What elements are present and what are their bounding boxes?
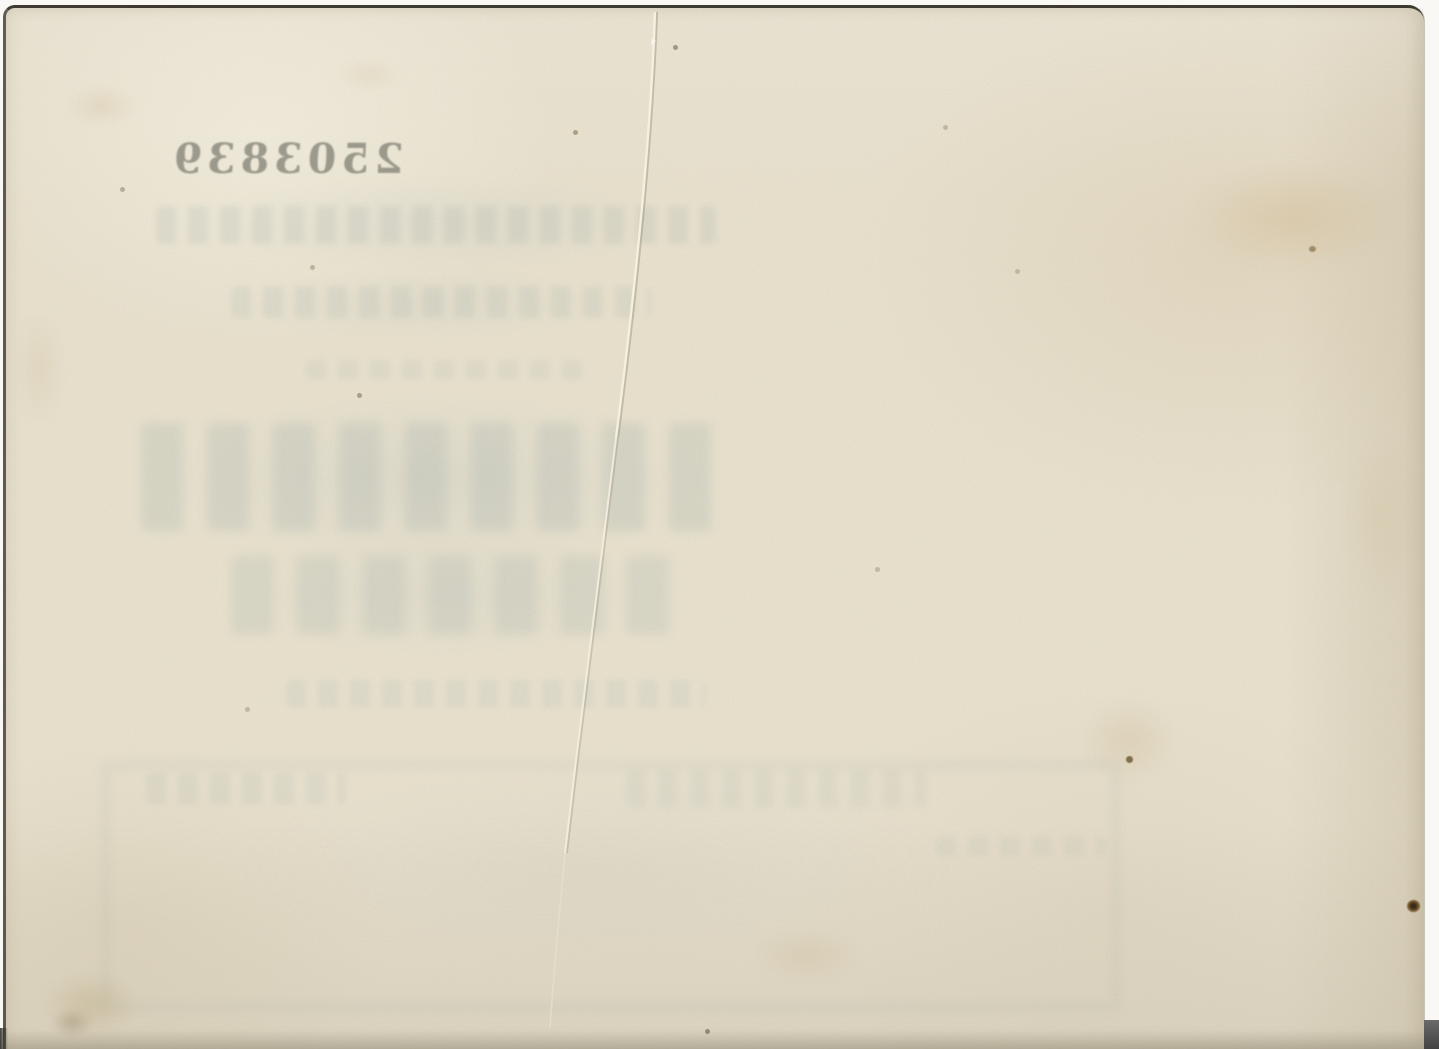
crease-nick xyxy=(651,38,656,45)
showthrough-clause-band xyxy=(286,680,706,708)
showthrough-signature-center xyxy=(626,770,926,808)
stain-bottom-left xyxy=(44,973,139,1035)
showthrough-signature-left xyxy=(146,773,346,805)
stain-dot-mid-right xyxy=(1126,756,1133,763)
scanner-corner-marks xyxy=(0,1028,8,1049)
paper-sheet: 2503839 xyxy=(3,5,1424,1049)
showthrough-small-note xyxy=(936,836,1106,856)
stain-top-left xyxy=(66,86,136,126)
stain-mid-right xyxy=(1081,698,1176,783)
showthrough-subheading-band xyxy=(231,286,651,318)
serial-number-showthrough: 2503839 xyxy=(144,130,427,188)
scanned-document: 2503839 xyxy=(0,0,1439,1049)
scanner-bottom-shadow xyxy=(0,1030,1424,1049)
showthrough-heading-band xyxy=(156,206,716,244)
stain-bottom-center xyxy=(751,928,861,983)
stain-top-center xyxy=(338,60,398,90)
stain-top-right xyxy=(1186,163,1396,273)
showthrough-currency-band xyxy=(231,556,671,634)
stain-left-edge xyxy=(14,308,64,428)
stain-right-edge xyxy=(1346,438,1416,598)
stain-dark-spot-right xyxy=(1406,899,1421,913)
scanner-shadow-block xyxy=(1424,1020,1439,1049)
showthrough-denomination-band xyxy=(141,423,731,531)
showthrough-dateline-band xyxy=(306,360,586,380)
paper-speckles xyxy=(6,8,9,11)
stain-dot-top-right xyxy=(1309,246,1316,252)
showthrough-border-frame xyxy=(101,760,1121,1012)
